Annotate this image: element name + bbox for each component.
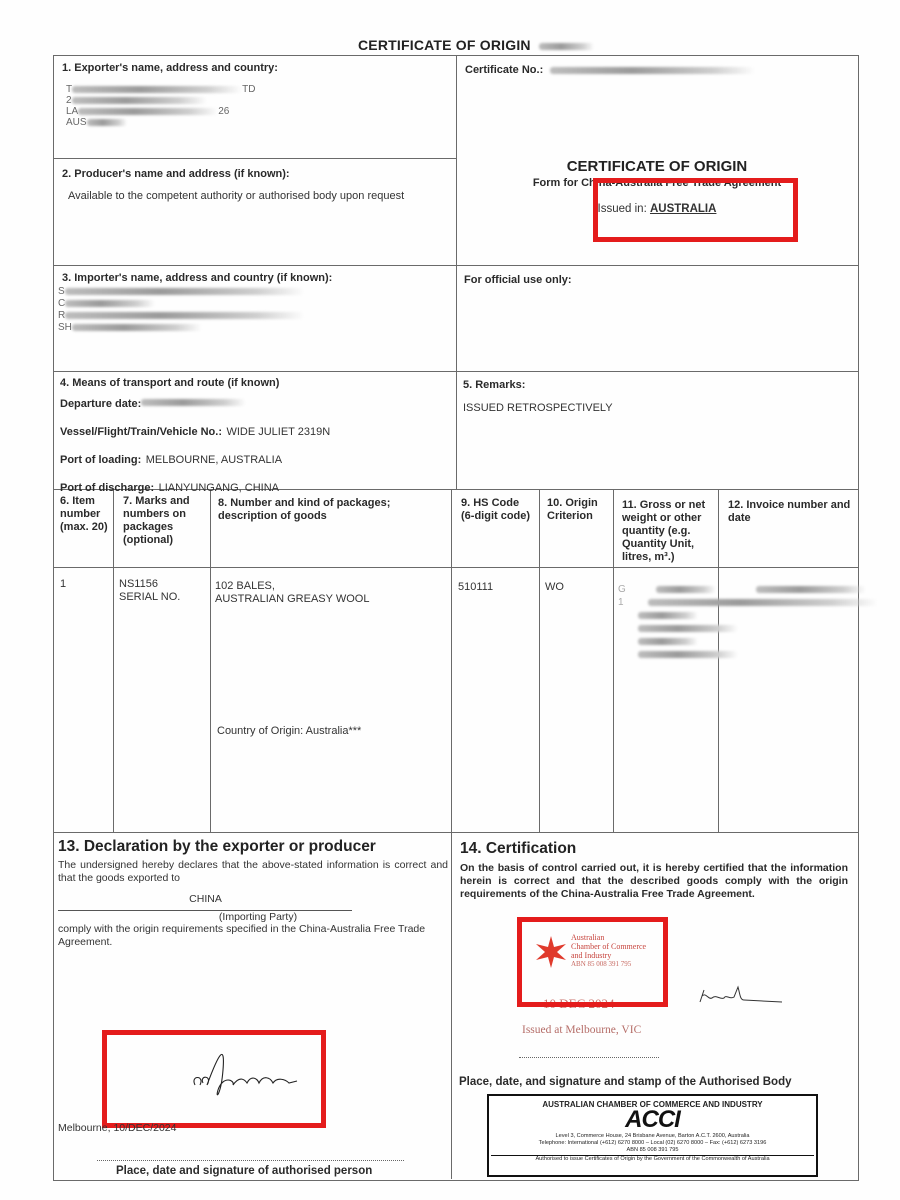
- importer-label: 3. Importer's name, address and country …: [62, 272, 332, 284]
- cell-criterion: WO: [545, 581, 564, 593]
- divider: [53, 371, 858, 372]
- divider: [53, 158, 456, 159]
- divider: [53, 265, 858, 266]
- highlight-box: [517, 917, 668, 1007]
- form-heading: CERTIFICATE OF ORIGIN: [456, 158, 858, 175]
- declaration-place-date: Melbourne, 10/DEC/2024: [58, 1122, 177, 1135]
- declaration-footer: Place, date and signature of authorised …: [116, 1165, 372, 1177]
- divider: [539, 489, 540, 832]
- header-description: 8. Number and kind of packages; descript…: [218, 497, 443, 523]
- divider: [451, 489, 452, 1179]
- country-of-origin: Country of Origin: Australia***: [217, 725, 361, 737]
- declaration-heading: 13. Declaration by the exporter or produ…: [58, 838, 448, 856]
- exporter-address: TTD 2 LA26 AUS: [66, 84, 255, 128]
- divider: [113, 489, 114, 832]
- producer-label: 2. Producer's name and address (if known…: [62, 168, 290, 180]
- redacted-text: [539, 43, 594, 50]
- highlight-box: [593, 178, 798, 242]
- declaration-section: 13. Declaration by the exporter or produ…: [58, 838, 448, 948]
- remarks-value: ISSUED RETROSPECTIVELY: [463, 402, 613, 414]
- cell-quantity-redacted: G 1: [618, 583, 878, 661]
- divider: [53, 832, 858, 833]
- acci-logo: ACCI: [489, 1109, 816, 1131]
- official-use-label: For official use only:: [464, 274, 572, 286]
- stamp-issued-at: Issued at Melbourne, VIC: [522, 1024, 641, 1036]
- certifier-signature: [696, 984, 786, 1008]
- cell-hs-code: 510111: [458, 581, 493, 593]
- document-title: CERTIFICATE OF ORIGIN: [358, 37, 594, 53]
- certification-footer: Place, date, and signature and stamp of …: [459, 1076, 792, 1088]
- loading-value: MELBOURNE, AUSTRALIA: [146, 454, 282, 466]
- header-invoice: 12. Invoice number and date: [728, 499, 853, 525]
- certificate-no: Certificate No.:: [465, 64, 755, 76]
- header-hs-code: 9. HS Code (6-digit code): [461, 497, 535, 523]
- certification-section: 14. Certification On the basis of contro…: [460, 840, 848, 901]
- divider: [210, 489, 211, 832]
- transport-section: 4. Means of transport and route (if know…: [60, 377, 330, 496]
- remarks-label: 5. Remarks:: [463, 379, 525, 391]
- vessel-value: WIDE JULIET 2319N: [226, 426, 330, 438]
- cell-description: 102 BALES, AUSTRALIAN GREASY WOOL: [215, 580, 369, 606]
- signature-line: [519, 1057, 659, 1058]
- signature: [185, 1045, 310, 1105]
- importer-address: S C R SH: [58, 286, 305, 334]
- certification-heading: 14. Certification: [460, 840, 848, 858]
- cell-item: 1: [60, 578, 66, 590]
- header-quantity: 11. Gross or net weight or other quantit…: [622, 499, 716, 564]
- discharge-value: LIANYUNGANG, CHINA: [159, 482, 279, 494]
- redacted-text: [550, 67, 755, 74]
- signature-line: [97, 1160, 404, 1161]
- exporter-label: 1. Exporter's name, address and country:: [62, 62, 278, 74]
- importing-country: CHINA: [58, 893, 353, 906]
- acci-letterhead: AUSTRALIAN CHAMBER OF COMMERCE AND INDUS…: [487, 1094, 818, 1177]
- producer-value: Available to the competent authority or …: [68, 190, 404, 202]
- header-marks: 7. Marks and numbers on packages (option…: [123, 495, 205, 547]
- header-item-number: 6. Item number (max. 20): [60, 495, 110, 534]
- divider: [456, 55, 457, 489]
- header-origin-criterion: 10. Origin Criterion: [547, 497, 609, 523]
- cell-marks: NS1156 SERIAL NO.: [119, 578, 180, 604]
- divider: [53, 567, 858, 568]
- divider: [613, 489, 614, 832]
